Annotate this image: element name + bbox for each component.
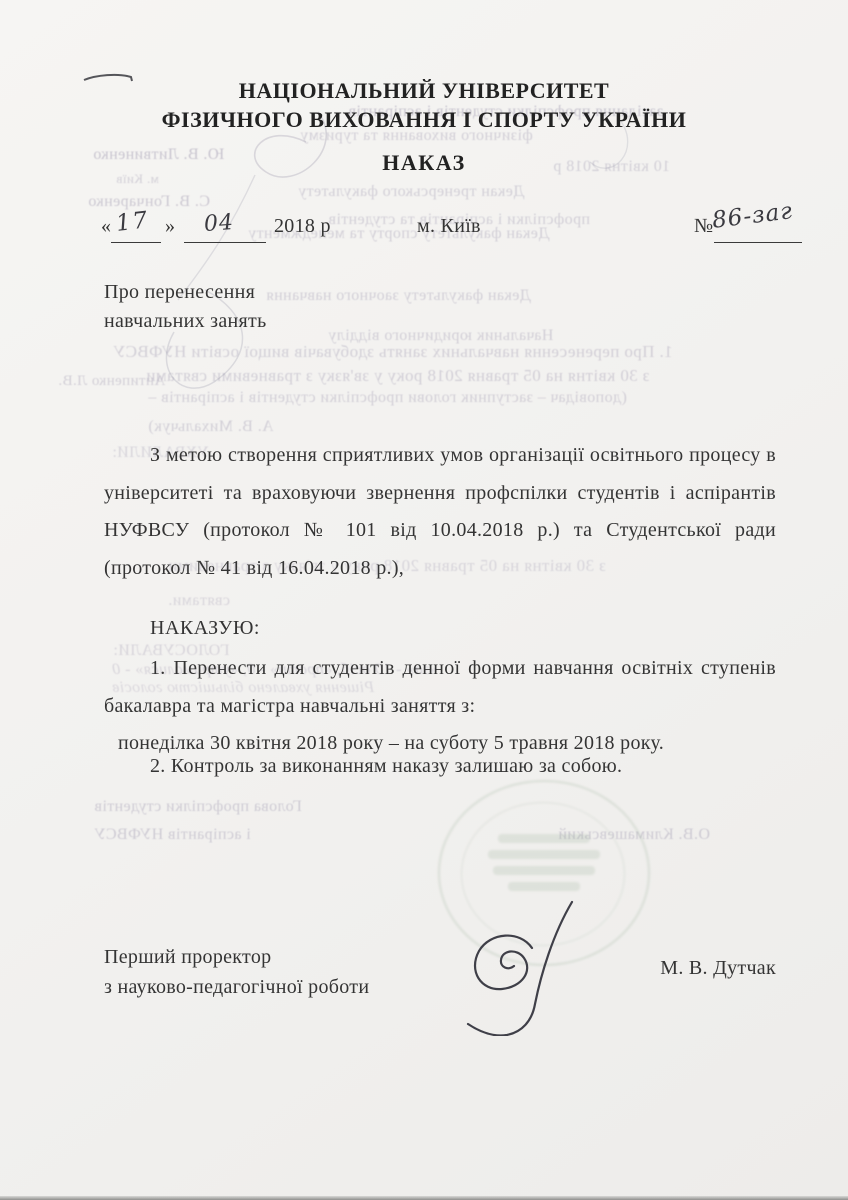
university-name-line2: ФІЗИЧНОГО ВИХОВАННЯ І СПОРТУ УКРАЇНИ: [0, 105, 848, 134]
subject-line1: Про перенесення: [104, 278, 267, 307]
stamp-text-blur: [498, 834, 590, 843]
bleed-through-line: 1. Про перенесення навчальних занять здо…: [113, 342, 673, 362]
bleed-through-line: А. В. Михальчук): [148, 418, 274, 436]
scan-bottom-edge: [0, 1196, 848, 1200]
bleed-through-line: С. В. Гончаренко: [88, 193, 210, 211]
order-heading: НАКАЗУЮ:: [150, 617, 260, 640]
handwritten-month: 04: [203, 210, 235, 237]
preamble-paragraph: З метою створення сприятливих умов орган…: [104, 437, 776, 587]
subject-line2: навчальних занять: [104, 307, 267, 336]
bleed-through-line: святами.: [168, 592, 230, 610]
day-underline: [111, 241, 161, 243]
order-item-1: 1. Перенести для студентів денної форми …: [104, 650, 776, 763]
signatory-name: М. В. Дутчак: [556, 957, 776, 980]
number-sign: №: [694, 215, 713, 238]
preamble-line: НУФВСУ (протокол № 101 від 10.04.2018 р.…: [104, 512, 776, 550]
stamp-text-blur: [488, 850, 600, 859]
order-item-2: 2. Контроль за виконанням наказу залишаю…: [150, 755, 622, 778]
bleed-through-line: Декан факультету заочного навчання: [266, 287, 531, 305]
university-name-line1: НАЦІОНАЛЬНИЙ УНІВЕРСИТЕТ: [0, 76, 848, 105]
signatory-title-line2: з науково-педагогічної роботи: [104, 972, 369, 1002]
subject-block: Про перенесення навчальних занять: [104, 278, 267, 336]
bleed-through-line: Декан тренерського факультету: [298, 183, 524, 201]
year-text: 2018 р: [274, 215, 331, 238]
handwritten-order-number: 86-заг: [711, 198, 794, 234]
scanned-document-page: засідання профспілки студентів і аспіран…: [0, 0, 848, 1200]
bleed-through-line: з 30 квітня на 05 травня 2018 року у зв'…: [146, 366, 649, 386]
bleed-through-line: і аспірантів НУФВСУ: [94, 826, 251, 844]
preamble-line: університеті та враховуючи звернення про…: [104, 475, 776, 513]
document-type-title: НАКАЗ: [0, 150, 848, 176]
bleed-through-line: Голова профспілки студентів: [94, 798, 302, 816]
order-item-1-line: 1. Перенести для студентів денної форми …: [104, 650, 776, 688]
month-underline: [184, 241, 266, 243]
stamp-text-blur: [493, 866, 595, 875]
bleed-through-signature-squiggles: [0, 0, 848, 500]
handwritten-day: 17: [115, 207, 151, 237]
date-open-quote: «: [101, 215, 111, 238]
bleed-through-line: (доповідач – заступник голови профспілки…: [148, 389, 627, 407]
university-name: НАЦІОНАЛЬНИЙ УНІВЕРСИТЕТ ФІЗИЧНОГО ВИХОВ…: [0, 76, 848, 134]
signatory-title-line1: Перший проректор: [104, 942, 369, 972]
date-close-quote: »: [165, 215, 175, 238]
order-item-1-line: бакалавра та магістра навчальні заняття …: [104, 688, 776, 726]
signatory-title: Перший проректор з науково-педагогічної …: [104, 942, 369, 1002]
bleed-through-line: Антипенко Л.В.: [58, 373, 165, 390]
preamble-line: (протокол № 41 від 16.04.2018 р.),: [104, 550, 776, 588]
city-label: м. Київ: [417, 215, 481, 238]
preamble-line: З метою створення сприятливих умов орган…: [104, 437, 776, 475]
number-underline: [714, 241, 802, 243]
